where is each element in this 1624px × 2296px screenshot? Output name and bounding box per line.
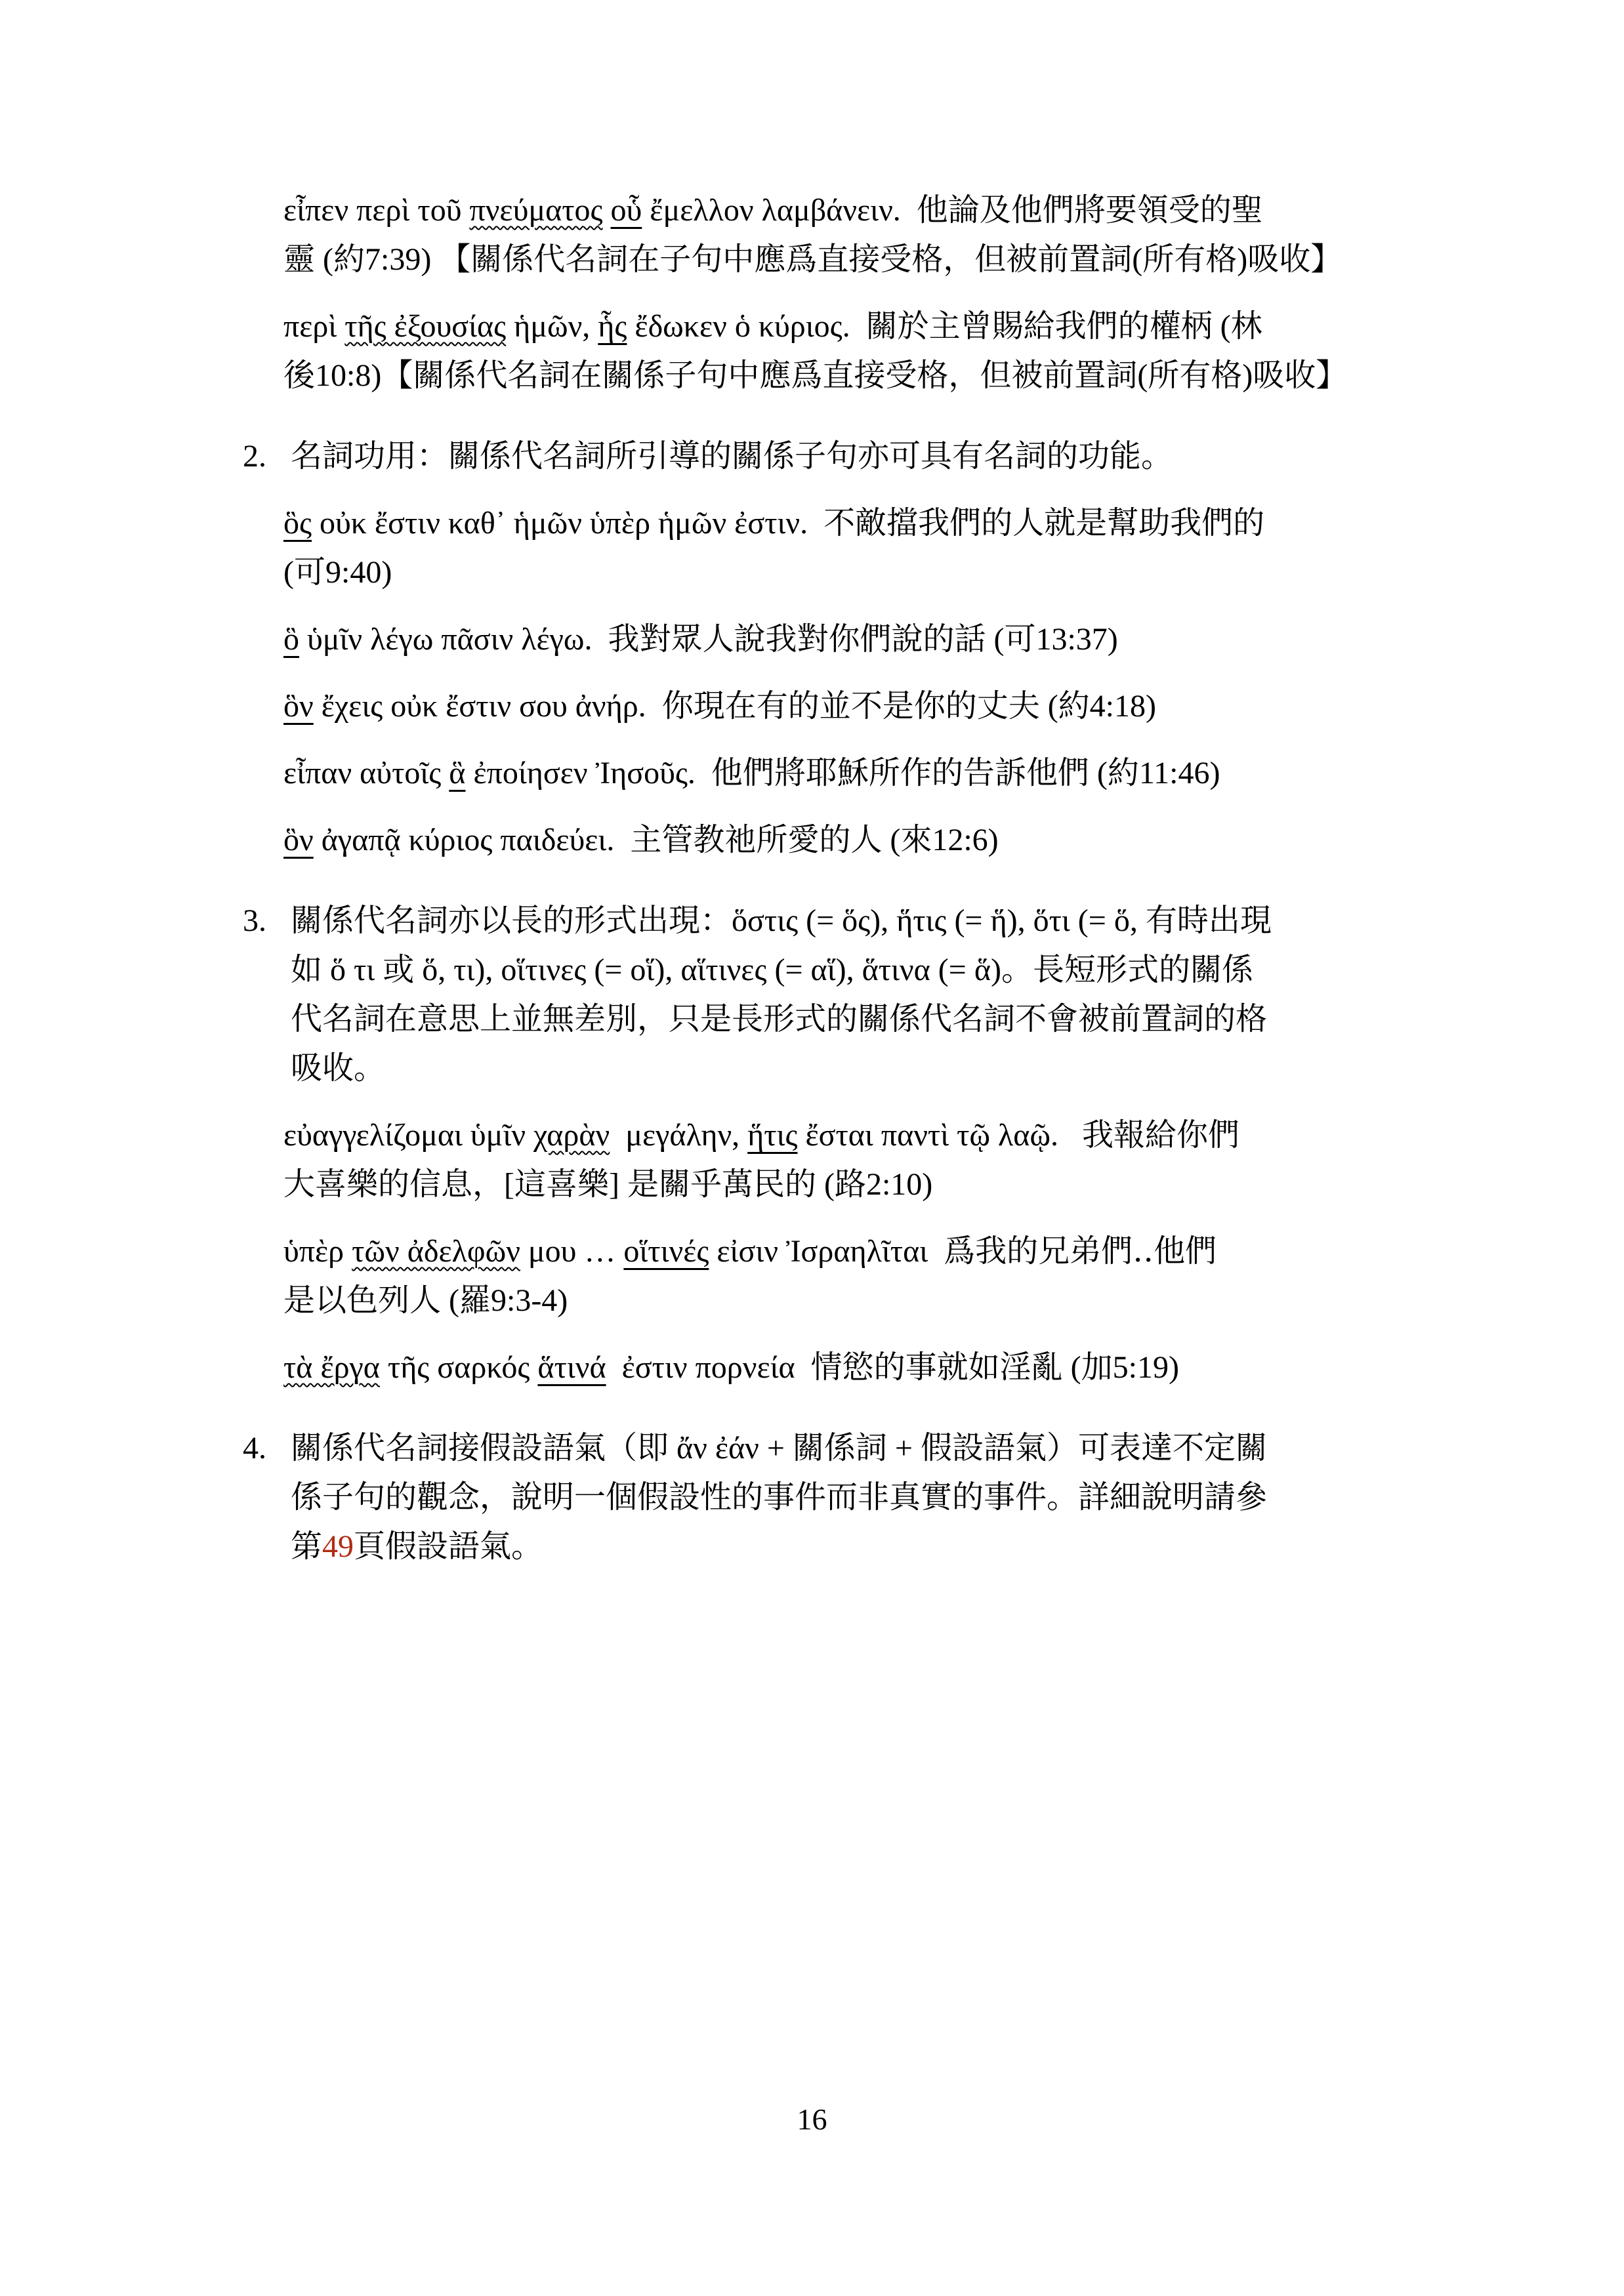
- emphasized-word: ὃν: [283, 823, 314, 857]
- emphasized-word: ἅτινά: [537, 1350, 606, 1385]
- text-run: 我報給你們: [1082, 1118, 1239, 1153]
- example-line: τὰ ἔργα τῆς σαρκός ἅτινά ἐστιν πορνεία 情…: [283, 1343, 1430, 1392]
- section-2-number: 2.: [243, 432, 291, 481]
- greek-example-john-7-39: εἶπεν περὶ τοῦ πνεύματος οὗ ἔμελλον λαμβ…: [283, 186, 1430, 284]
- emphasized-word: ὃ: [283, 622, 299, 657]
- example-line: ὃν ἀγαπᾷ κύριος παιδεύει. 主管教祂所愛的人 (來12:…: [283, 815, 1430, 865]
- emphasized-word: τὰ ἔργα: [283, 1350, 380, 1385]
- greek-example-john-4-18: ὃν ἔχεις οὐκ ἔστιν σου ἀνήρ. 你現在有的並不是你的丈…: [283, 682, 1430, 731]
- text-run: μεγάλην,: [610, 1118, 747, 1153]
- text-run: ὑπὲρ: [283, 1234, 352, 1269]
- example-line: 是以色列人 (羅9:3-4): [283, 1276, 1430, 1325]
- text-run: τῆς σαρκός: [380, 1350, 538, 1385]
- text-run: 你現在有的並不是你的丈夫 (約4:18): [662, 689, 1156, 724]
- greek-example-2cor-10-8: περὶ τῆς ἐξουσίας ἡμῶν, ἧς ἔδωκεν ὁ κύρι…: [283, 302, 1430, 400]
- heading-line: 如 ὅ τι 或 ὅ, τι), οἵτινες (= οἵ), αἵτινες…: [291, 945, 1430, 994]
- emphasized-word: 49: [322, 1529, 354, 1564]
- heading-line: 第49頁假設語氣。: [291, 1522, 1430, 1571]
- text-run: ἀγαπᾷ κύριος παιδεύει.: [314, 823, 631, 857]
- greek-example-gal-5-19: τὰ ἔργα τῆς σαρκός ἅτινά ἐστιν πορνεία 情…: [283, 1343, 1430, 1392]
- text-run: εἶπαν αὐτοῖς: [283, 756, 449, 790]
- greek-example-mark-13-37: ὃ ὑμῖν λέγω πᾶσιν λέγω. 我對眾人說我對你們說的話 (可1…: [283, 615, 1430, 664]
- greek-example-luke-2-10: εὐαγγελίζομαι ὑμῖν χαρὰν μεγάλην, ἥτις ἔ…: [283, 1111, 1430, 1209]
- heading-line: 吸收。: [291, 1044, 1430, 1093]
- text-run: [603, 193, 611, 228]
- emphasized-word: ἃ: [449, 756, 465, 790]
- text-run: 第: [291, 1529, 322, 1564]
- section-4-heading: 關係代名詞接假設語氣（即 ἄν ἐάν + 關係詞 + 假設語氣）可表達不定關 …: [291, 1424, 1430, 1571]
- example-line: 大喜樂的信息，[這喜樂] 是關乎萬民的 (路2:10): [283, 1160, 1430, 1209]
- example-line: ὑπὲρ τῶν ἀδελφῶν μου … οἵτινές εἰσιν Ἰσρ…: [283, 1227, 1430, 1276]
- greek-example-john-11-46: εἶπαν αὐτοῖς ἃ ἐποίησεν Ἰησοῦς. 他們將耶穌所作的…: [283, 748, 1430, 798]
- text-run: 情慾的事就如淫亂 (加5:19): [811, 1350, 1179, 1385]
- text-run: ἡμῶν,: [506, 309, 598, 344]
- heading-line: 代名詞在意思上並無差別，只是長形式的關係代名詞不會被前置詞的格: [291, 994, 1430, 1044]
- text-run: 頁假設語氣。: [354, 1529, 543, 1564]
- page-content: εἶπεν περὶ τοῦ πνεύματος οὗ ἔμελλον λαμβ…: [243, 186, 1430, 1589]
- example-line: 靈 (約7:39) 【關係代名詞在子句中應爲直接受格，但被前置詞(所有格)吸收】: [283, 235, 1430, 284]
- text-run: 如 ὅ τι 或 ὅ, τι), οἵτινες (= οἵ), αἵτινες…: [291, 953, 1253, 987]
- example-line: ὃ ὑμῖν λέγω πᾶσιν λέγω. 我對眾人說我對你們說的話 (可1…: [283, 615, 1430, 664]
- text-run: 他們將耶穌所作的告訴他們 (約11:46): [711, 756, 1220, 790]
- emphasized-word: τῆς ἐξουσίας: [344, 309, 506, 344]
- text-run: ἔμελλον λαμβάνειν.: [642, 193, 917, 228]
- text-run: ἔσται παντὶ τῷ λαῷ.: [797, 1118, 1082, 1153]
- text-run: μου …: [520, 1234, 624, 1269]
- emphasized-word: χαρὰν: [533, 1118, 610, 1153]
- text-run: 他論及他們將要領受的聖: [917, 193, 1263, 228]
- text-run: ἐστιν πορνεία: [606, 1350, 811, 1385]
- emphasized-word: τῶν ἀδελφῶν: [352, 1234, 520, 1269]
- heading-line: 關係代名詞亦以長的形式出現：ὅστις (= ὅς), ἥτις (= ἥ), …: [291, 896, 1430, 945]
- text-run: 吸收。: [291, 1051, 385, 1086]
- emphasized-word: ἥτις: [747, 1118, 797, 1153]
- text-run: 名詞功用：關係代名詞所引導的關係子句亦可具有名詞的功能。: [291, 439, 1173, 474]
- text-run: 不敵擋我們的人就是幫助我們的: [823, 506, 1264, 541]
- example-line: εὐαγγελίζομαι ὑμῖν χαρὰν μεγάλην, ἥτις ἔ…: [283, 1111, 1430, 1160]
- section-2: 2. 名詞功用：關係代名詞所引導的關係子句亦可具有名詞的功能。: [243, 432, 1430, 481]
- section-4-number: 4.: [243, 1424, 291, 1571]
- example-line: (可9:40): [283, 548, 1430, 597]
- emphasized-word: ὃν: [283, 689, 314, 724]
- text-run: 爲我的兄弟們‥他們: [944, 1234, 1217, 1269]
- section-3-number: 3.: [243, 896, 291, 1093]
- text-run: 我對眾人說我對你們說的話 (可13:37): [608, 622, 1117, 657]
- text-run: 關係代名詞接假設語氣（即 ἄν ἐάν + 關係詞 + 假設語氣）可表達不定關: [291, 1431, 1267, 1466]
- example-line: εἶπεν περὶ τοῦ πνεύματος οὗ ἔμελλον λαμβ…: [283, 186, 1430, 235]
- text-run: 後10:8)【關係代名詞在關係子句中應爲直接受格，但被前置詞(所有格)吸收】: [283, 358, 1347, 393]
- text-run: 靈 (約7:39) 【關係代名詞在子句中應爲直接受格，但被前置詞(所有格)吸收】: [283, 242, 1342, 277]
- example-line: εἶπαν αὐτοῖς ἃ ἐποίησεν Ἰησοῦς. 他們將耶穌所作的…: [283, 748, 1430, 798]
- greek-example-rom-9-3-4: ὑπὲρ τῶν ἀδελφῶν μου … οἵτινές εἰσιν Ἰσρ…: [283, 1227, 1430, 1325]
- text-run: 主管教祂所愛的人 (來12:6): [630, 823, 998, 857]
- example-line: περὶ τῆς ἐξουσίας ἡμῶν, ἧς ἔδωκεν ὁ κύρι…: [283, 302, 1430, 351]
- emphasized-word: οἵτινές: [623, 1234, 709, 1269]
- text-run: ἔδωκεν ὁ κύριος.: [627, 309, 865, 344]
- example-line: ὃν ἔχεις οὐκ ἔστιν σου ἀνήρ. 你現在有的並不是你的丈…: [283, 682, 1430, 731]
- greek-example-mark-9-40: ὃς οὐκ ἔστιν καθ᾽ ἡμῶν ὑπὲρ ἡμῶν ἐστιν. …: [283, 499, 1430, 597]
- text-run: οὐκ ἔστιν καθ᾽ ἡμῶν ὑπὲρ ἡμῶν ἐστιν.: [312, 506, 823, 541]
- text-run: ὑμῖν λέγω πᾶσιν λέγω.: [299, 622, 608, 657]
- text-run: ἐποίησεν Ἰησοῦς.: [465, 756, 711, 790]
- text-run: εὐαγγελίζομαι ὑμῖν: [283, 1118, 533, 1153]
- emphasized-word: πνεύματος: [469, 193, 602, 228]
- text-run: 係子句的觀念，說明一個假設性的事件而非真實的事件。詳細說明請參: [291, 1480, 1267, 1515]
- section-3: 3. 關係代名詞亦以長的形式出現：ὅστις (= ὅς), ἥτις (= ἥ…: [243, 896, 1430, 1093]
- heading-line: 關係代名詞接假設語氣（即 ἄν ἐάν + 關係詞 + 假設語氣）可表達不定關: [291, 1424, 1430, 1473]
- section-2-heading: 名詞功用：關係代名詞所引導的關係子句亦可具有名詞的功能。: [291, 432, 1430, 481]
- emphasized-word: ἧς: [598, 309, 627, 344]
- text-run: 大喜樂的信息，[這喜樂] 是關乎萬民的 (路2:10): [283, 1167, 932, 1202]
- heading-line: 名詞功用：關係代名詞所引導的關係子句亦可具有名詞的功能。: [291, 432, 1430, 481]
- text-run: 關於主曾賜給我們的權柄 (林: [866, 309, 1262, 344]
- text-run: ἔχεις οὐκ ἔστιν σου ἀνήρ.: [314, 689, 662, 724]
- emphasized-word: οὗ: [611, 193, 642, 228]
- example-line: ὃς οὐκ ἔστιν καθ᾽ ἡμῶν ὑπὲρ ἡμῶν ἐστιν. …: [283, 499, 1430, 548]
- text-run: 是以色列人 (羅9:3-4): [283, 1283, 568, 1318]
- text-run: περὶ: [283, 309, 344, 344]
- emphasized-word: ὃς: [283, 506, 312, 541]
- text-run: 代名詞在意思上並無差別，只是長形式的關係代名詞不會被前置詞的格: [291, 1002, 1267, 1036]
- text-run: (可9:40): [283, 555, 392, 590]
- greek-example-heb-12-6: ὃν ἀγαπᾷ κύριος παιδεύει. 主管教祂所愛的人 (來12:…: [283, 815, 1430, 865]
- text-run: εἰσιν Ἰσραηλῖται: [709, 1234, 944, 1269]
- heading-line: 係子句的觀念，說明一個假設性的事件而非真實的事件。詳細說明請參: [291, 1473, 1430, 1522]
- example-line: 後10:8)【關係代名詞在關係子句中應爲直接受格，但被前置詞(所有格)吸收】: [283, 351, 1430, 400]
- text-run: εἶπεν περὶ τοῦ: [283, 193, 469, 228]
- section-3-heading: 關係代名詞亦以長的形式出現：ὅστις (= ὅς), ἥτις (= ἥ), …: [291, 896, 1430, 1093]
- text-run: 關係代名詞亦以長的形式出現：ὅστις (= ὅς), ἥτις (= ἥ), …: [291, 903, 1272, 938]
- section-4: 4. 關係代名詞接假設語氣（即 ἄν ἐάν + 關係詞 + 假設語氣）可表達不…: [243, 1424, 1430, 1571]
- page-number: 16: [0, 2101, 1624, 2138]
